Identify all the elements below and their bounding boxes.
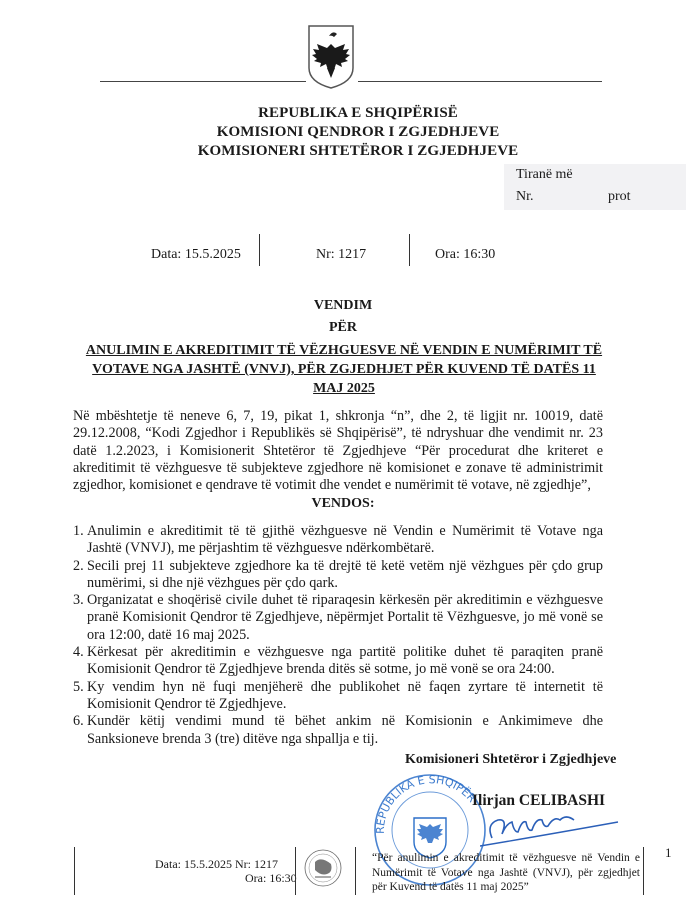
protocol-box: Tiranë më Nr. prot: [504, 164, 686, 210]
decision-subject: ANULIMIN E AKREDITIMIT TË VËZHGUESVE NË …: [60, 341, 628, 398]
decision-item: 2.Secili prej 11 subjekteve zgjedhore ka…: [73, 558, 603, 593]
institution-seal-icon: [303, 846, 343, 892]
footer-divider: [643, 847, 644, 895]
decision-date: Data: 15.5.2025: [151, 247, 241, 263]
header-line-republic: REPUBLIKA E SHQIPËRISË: [0, 104, 686, 123]
decision-type: VENDIM: [0, 298, 686, 314]
footer-divider: [355, 847, 356, 895]
header-line-commissioner: KOMISIONERI SHTETËROR I ZGJEDHJEVE: [0, 142, 686, 161]
subject-line: ANULIMIN E AKREDITIMIT TË VËZHGUESVE NË …: [60, 341, 628, 360]
footer-date-number: Data: 15.5.2025 Nr: 1217: [155, 857, 278, 871]
decision-item: 5.Ky vendim hyn në fuqi menjëherë dhe pu…: [73, 679, 603, 714]
header-rule-left: [100, 81, 306, 82]
decision-item: 3.Organizatat e shoqërisë civile duhet t…: [73, 592, 603, 644]
decision-number: Nr: 1217: [316, 247, 366, 263]
decision-for: PËR: [0, 320, 686, 336]
page-number: 1: [665, 845, 672, 861]
footer-description: “Për anulimin e akreditimit të vëzhguesv…: [372, 851, 640, 895]
decision-items: 1.Anulimin e akreditimit të të gjithë vë…: [73, 523, 603, 748]
protocol-prot-label: prot: [608, 189, 631, 205]
header-line-commission: KOMISIONI QENDROR I ZGJEDHJEVE: [0, 123, 686, 142]
footer-time: Ora: 16:30: [245, 871, 297, 885]
footer-divider: [74, 847, 75, 895]
decision-item: 4.Kërkesat për akreditimin e vëzhguesve …: [73, 644, 603, 679]
decision-item: 1.Anulimin e akreditimit të të gjithë vë…: [73, 523, 603, 558]
decides-heading: VENDOS:: [0, 496, 686, 512]
subject-line: VOTAVE NGA JASHTË (VNVJ), PËR ZGJEDHJET …: [60, 360, 628, 379]
coat-of-arms-icon: [307, 24, 355, 90]
decision-time: Ora: 16:30: [435, 247, 495, 263]
meta-divider: [409, 234, 410, 266]
footer-divider: [295, 847, 296, 895]
protocol-number-label: Nr.: [516, 189, 534, 205]
handwritten-signature-icon: [480, 808, 620, 848]
signer-title: Komisioneri Shtetëror i Zgjedhjeve: [405, 752, 616, 768]
decision-item: 6.Kundër këtij vendimi mund të bëhet ank…: [73, 713, 603, 748]
meta-divider: [259, 234, 260, 266]
header-rule-right: [358, 81, 602, 82]
protocol-place-label: Tiranë më: [516, 167, 573, 183]
institution-header: REPUBLIKA E SHQIPËRISË KOMISIONI QENDROR…: [0, 104, 686, 161]
subject-line: MAJ 2025: [60, 379, 628, 398]
svg-text:REPUBLIKA E SHQIPËRISË: REPUBLIKA E SHQIPËRISË: [370, 768, 479, 834]
preamble: Në mbështetje të neneve 6, 7, 19, pikat …: [73, 408, 603, 494]
